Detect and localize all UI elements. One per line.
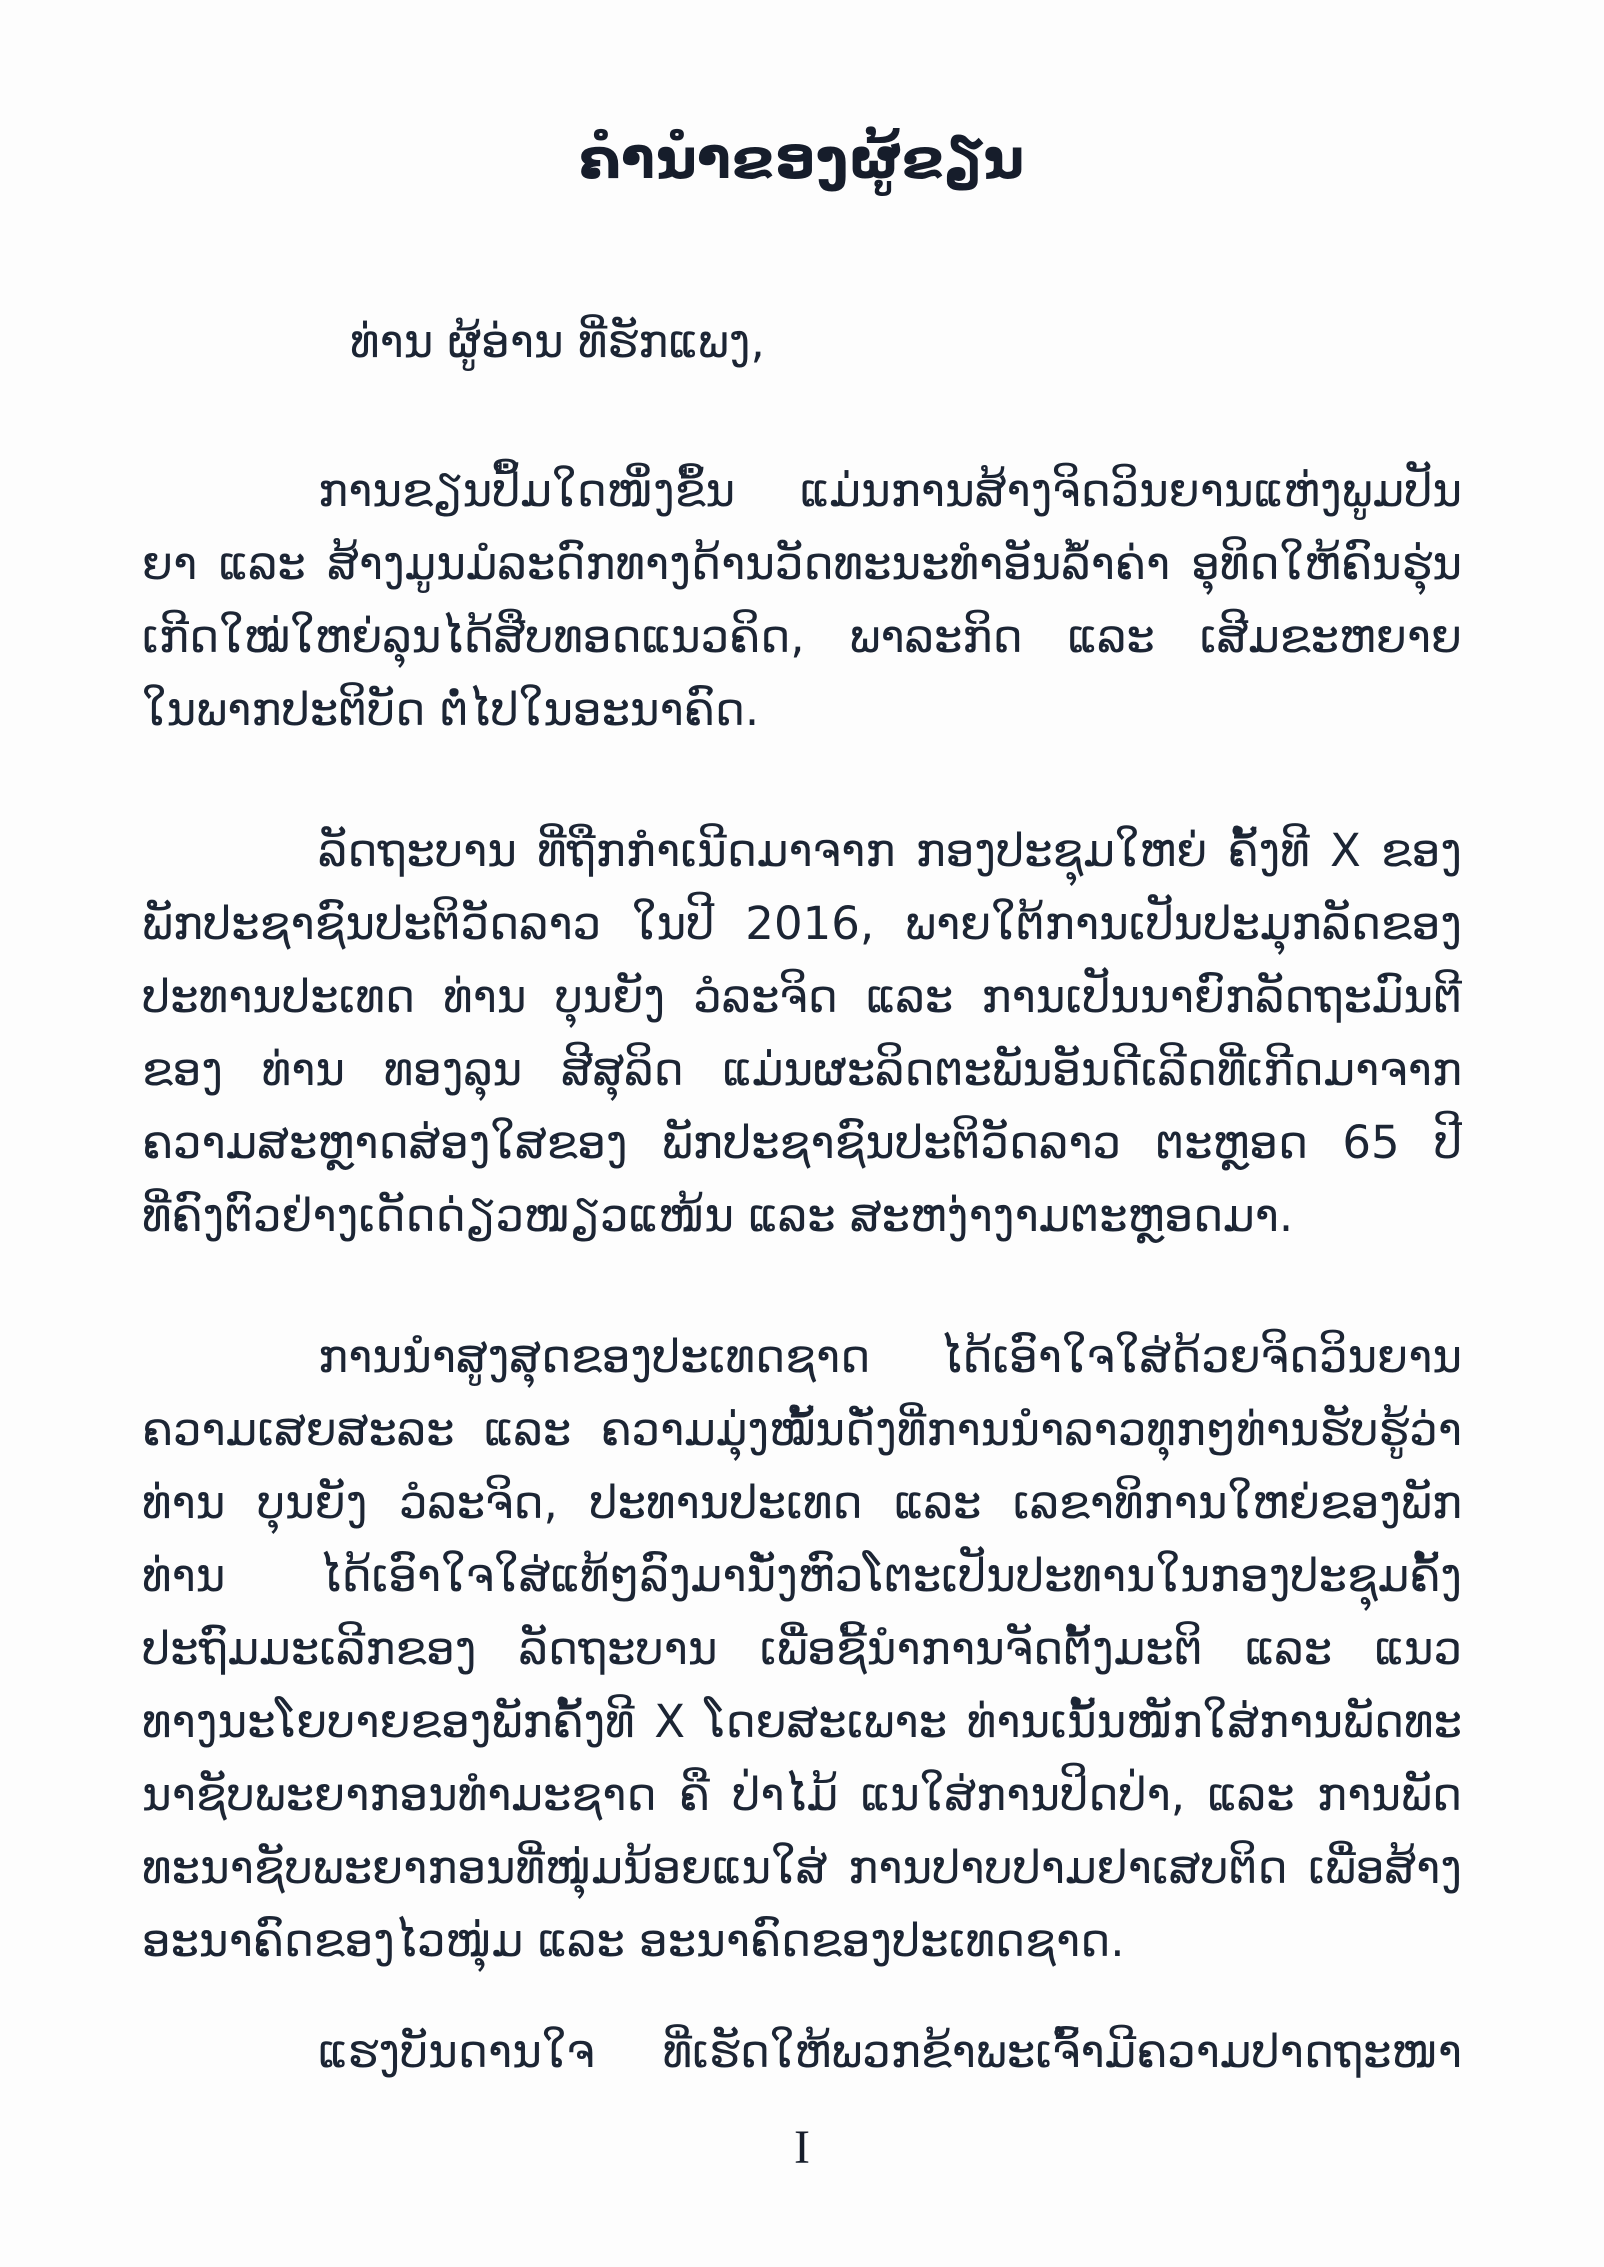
body-line: ທີ່ຄົງຕົວຢ່າງເດັດດ່ຽວໜຽວແໜ້ນ ແລະ ສະຫງ່າງ…	[142, 1179, 1462, 1252]
paragraph: ລັດຖະບານ ທີ່ຖືກກຳເນີດມາຈາກ ກອງປະຊຸມໃຫຍ່ …	[142, 814, 1462, 1252]
body-line: ເກີດໃໝ່ໃຫຍ່ລຸນໄດ້ສືບທອດແນວຄິດ, ພາລະກິດ ແ…	[142, 600, 1462, 673]
body-line: ຄວາມເສຍສະລະ ແລະ ຄວາມມຸ່ງໝັ້ນດັ່ງທີ່ການນຳ…	[142, 1393, 1462, 1466]
body-line: ຂອງ ທ່ານ ທອງລຸນ ສີສຸລິດ ແມ່ນຜະລິດຕະພັນອັ…	[142, 1033, 1462, 1106]
body-line: ໃນພາກປະຕິບັດ ຕໍ່ໄປໃນອະນາຄົດ.	[142, 673, 1462, 746]
body-line: ຄວາມສະຫຼາດສ່ອງໃສຂອງ ພັກປະຊາຊົນປະຕິວັດລາວ…	[142, 1106, 1462, 1179]
body-line: ທາງນະໂຍບາຍຂອງພັກຄັ້ງທີ X ໂດຍສະເພາະ ທ່ານເ…	[142, 1685, 1462, 1758]
body-line: ທະນາຊັບພະຍາກອນທີ່ໜຸ່ມນ້ອຍແນໃສ່ ການປາບປາມ…	[142, 1831, 1462, 1904]
page-number: I	[0, 2118, 1604, 2178]
body-line: ອະນາຄົດຂອງໄວໜຸ່ມ ແລະ ອະນາຄົດຂອງປະເທດຊາດ.	[142, 1904, 1462, 1977]
body-line: ລັດຖະບານ ທີ່ຖືກກຳເນີດມາຈາກ ກອງປະຊຸມໃຫຍ່ …	[142, 814, 1462, 887]
body-line: ປະຖົມມະເລີກຂອງ ລັດຖະບານ ເພື່ອຊີ້ນຳການຈັດ…	[142, 1612, 1462, 1685]
body-line: ການຂຽນປຶ້ມໃດໜຶ່ງຂຶ້ນ ແມ່ນການສ້າງຈິດວິນຍາ…	[142, 454, 1462, 527]
paragraph: ແຮງບັນດານໃຈ ທີ່ເຮັດໃຫ້ພວກຂ້າພະເຈົ້າມີຄວາ…	[142, 2015, 1462, 2088]
body-line: ທ່ານ ໄດ້ເອົາໃຈໃສ່ແທ້ໆລົງມານັ່ງຫົວໂຕະເປັນ…	[142, 1539, 1462, 1612]
body-line: ການນຳສູງສຸດຂອງປະເທດຊາດ ໄດ້ເອົາໃຈໃສ່ດ້ວຍຈ…	[142, 1320, 1462, 1393]
body-line: ນາຊັບພະຍາກອນທຳມະຊາດ ຄື ປ່າໄມ້ ແນໃສ່ການປິ…	[142, 1758, 1462, 1831]
body-line: ແຮງບັນດານໃຈ ທີ່ເຮັດໃຫ້ພວກຂ້າພະເຈົ້າມີຄວາ…	[142, 2015, 1462, 2088]
body-line: ຍາ ແລະ ສ້າງມູນມໍລະດົກທາງດ້ານວັດທະນະທຳອັນ…	[142, 527, 1462, 600]
body-line: ທ່ານ ບຸນຍັງ ວໍລະຈິດ, ປະທານປະເທດ ແລະ ເລຂາ…	[142, 1466, 1462, 1539]
body-text-block: ການຂຽນປຶ້ມໃດໜຶ່ງຂຶ້ນ ແມ່ນການສ້າງຈິດວິນຍາ…	[0, 454, 1604, 2088]
paragraph: ການຂຽນປຶ້ມໃດໜຶ່ງຂຶ້ນ ແມ່ນການສ້າງຈິດວິນຍາ…	[142, 454, 1462, 746]
paragraph: ການນຳສູງສຸດຂອງປະເທດຊາດ ໄດ້ເອົາໃຈໃສ່ດ້ວຍຈ…	[142, 1320, 1462, 1977]
page-title: ຄຳນຳຂອງຜູ້ຂຽນ	[0, 0, 1604, 200]
salutation: ທ່ານ ຜູ້ອ່ານ ທີ່ຮັກແພງ,	[0, 305, 1604, 378]
scanned-book-page: ຄຳນຳຂອງຜູ້ຂຽນ ທ່ານ ຜູ້ອ່ານ ທີ່ຮັກແພງ, ກາ…	[0, 0, 1604, 2267]
body-line: ພັກປະຊາຊົນປະຕິວັດລາວ ໃນປີ 2016, ພາຍໃຕ້ກາ…	[142, 887, 1462, 960]
body-line: ປະທານປະເທດ ທ່ານ ບຸນຍັງ ວໍລະຈິດ ແລະ ການເປ…	[142, 960, 1462, 1033]
